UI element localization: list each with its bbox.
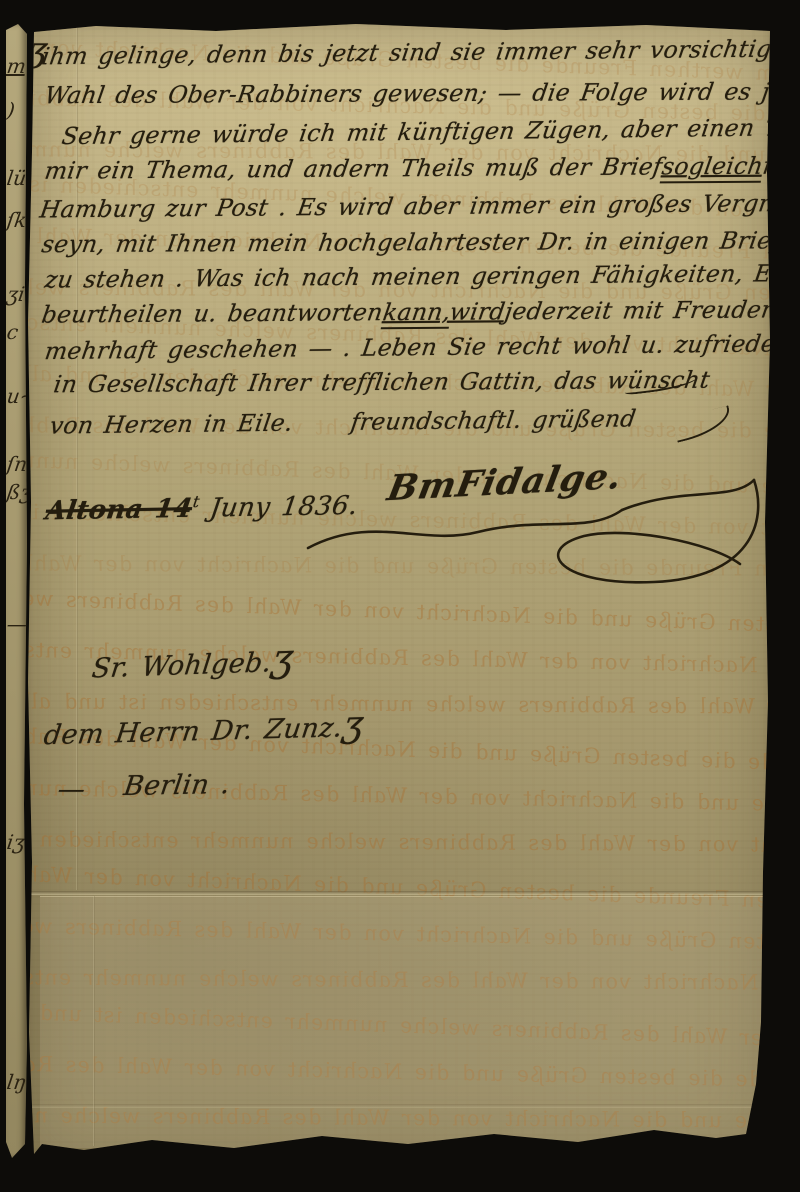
fold-crease-vertical <box>76 22 78 890</box>
fold-crease-horizontal <box>26 1104 772 1108</box>
letter-line: mir ein Thema, und andern Theils muß der… <box>45 151 800 187</box>
edge-ink-fragment: ſn <box>5 452 29 476</box>
address-city: Berlin . <box>124 769 230 802</box>
edge-ink-fragment: ßʒ <box>5 480 30 504</box>
edge-ink-fragment: u~ <box>5 384 30 408</box>
letter-line: zu stehen . Was ich nach meinen geringen… <box>45 258 800 293</box>
letter-line: in Gesellschaft Ihrer trefflichen Gattin… <box>54 366 710 399</box>
letter-line: von Herzen in Eile.freundschaftl. grüßen… <box>50 404 636 439</box>
fold-crease-vertical <box>93 896 95 1146</box>
letter-line: ihm gelinge, denn bis jetzt sind sie imm… <box>42 34 800 71</box>
letter-line: Wahl des Ober-Rabbiners gewesen; — die F… <box>45 77 800 109</box>
fold-crease-horizontal <box>26 891 772 895</box>
letter-line: Hamburg zur Post . Es wird aber immer ei… <box>40 189 800 224</box>
underlined-word: wird <box>448 297 507 325</box>
letter-line: Sehr gerne würde ich mit künftigen Zügen… <box>62 112 800 150</box>
pen-swash <box>672 405 734 442</box>
page-edge-strip: m)lüſkʒicu~ſnßʒ—.iʒlŋ <box>6 24 27 1158</box>
light-panel <box>40 896 764 1148</box>
letter-line: beurtheilen u. beantworten kann, wird je… <box>42 295 777 331</box>
edge-ink-fragment: ) <box>5 98 16 122</box>
bleed-through-line: der Wahl des Rabbiners welche nunmehr en… <box>26 689 772 719</box>
edge-ink-fragment: ʒi <box>5 282 26 306</box>
edge-ink-fragment: —. <box>5 612 30 636</box>
underlined-word: kann, <box>380 298 452 330</box>
underlined-word: sogleich <box>660 152 766 184</box>
scanned-letter-canvas: m)lüſkʒicu~ſnßʒ—.iʒlŋ dem werthen Freund… <box>0 0 800 1192</box>
edge-ink-fragment: m <box>5 54 27 78</box>
address-city-dash: — <box>58 774 85 805</box>
letter-line: seyn, mit Ihnen mein hochgelahrtester Dr… <box>42 226 800 258</box>
address-honorific: Sr. Wohlgeb.ʒ <box>92 646 294 684</box>
bleed-through-line: richt von der Wahl des Rabbiners welche … <box>26 827 772 857</box>
letter-sheet: dem werthen Freunde die besten Grüße und… <box>26 22 772 1164</box>
edge-ink-fragment: ſk <box>5 208 28 232</box>
edge-ink-fragment: lŋ <box>5 1070 28 1094</box>
address-recipient: dem Herrn Dr. Zunz.ʒ <box>44 712 364 751</box>
edge-ink-fragment: lü <box>5 166 28 190</box>
edge-ink-fragment: c <box>5 320 20 344</box>
signature-flourish <box>302 450 772 620</box>
letter-line: mehrhaft geschehen — . Leben Sie recht w… <box>45 329 800 365</box>
edge-ink-fragment: iʒ <box>5 830 26 854</box>
page-corner-mark: 6 <box>726 1143 739 1160</box>
